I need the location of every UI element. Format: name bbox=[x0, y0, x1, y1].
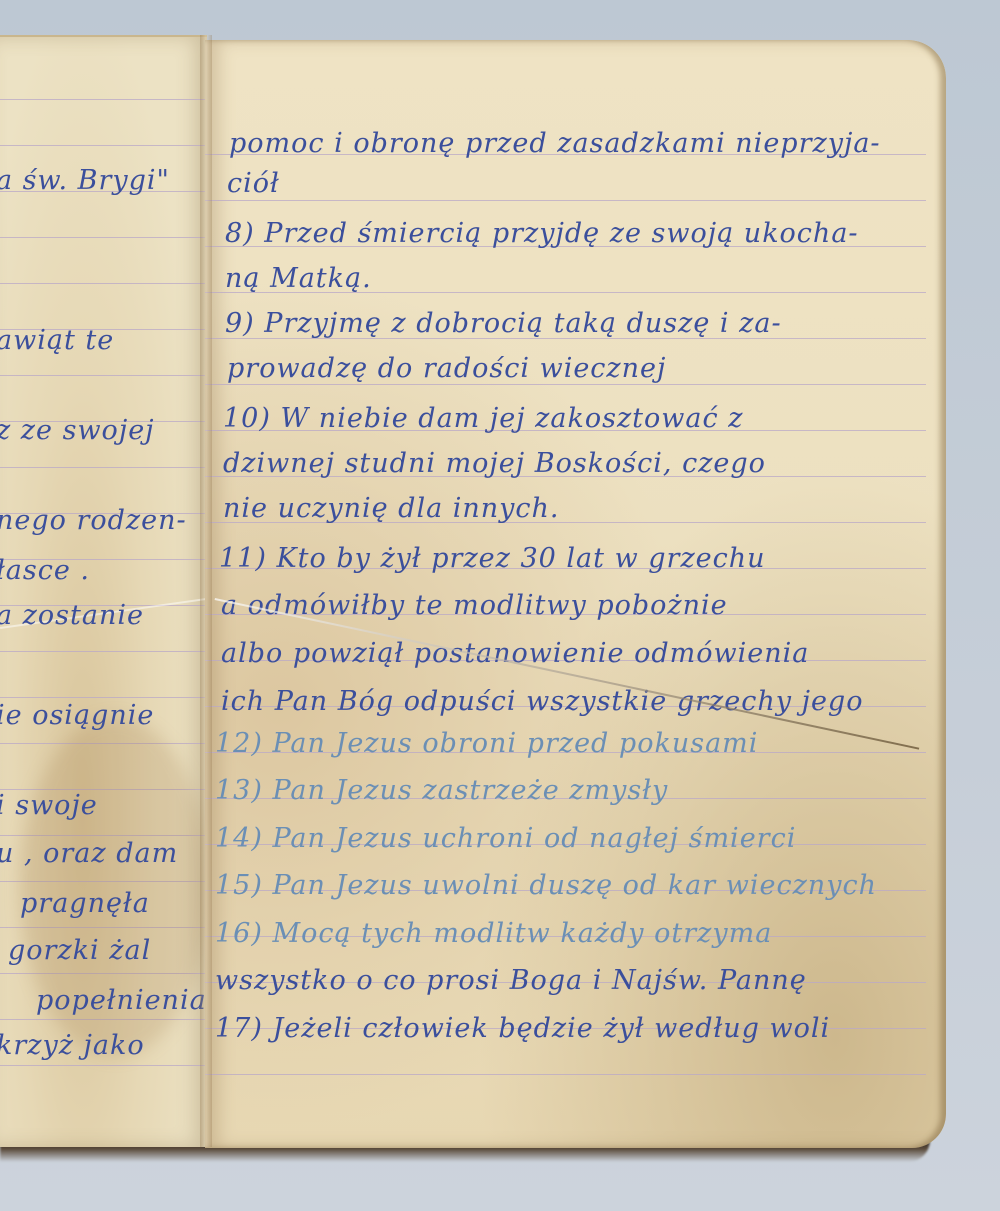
handwritten-line: prowadzę do radości wiecznej bbox=[227, 353, 666, 384]
handwritten-line: dziwnej studni mojej Boskości, czego bbox=[223, 448, 766, 479]
handwritten-line: z ze swojej bbox=[0, 415, 155, 446]
handwritten-line: u , oraz dam bbox=[0, 838, 178, 869]
handwritten-line: krzyż jako bbox=[0, 1030, 145, 1061]
handwritten-line: gorzki żal bbox=[8, 935, 151, 966]
handwritten-line: ie osiągnie bbox=[0, 700, 154, 731]
ruled-line bbox=[205, 1074, 926, 1075]
notebook-spine bbox=[200, 35, 212, 1147]
handwritten-line: 12) Pan Jezus obroni przed pokusami bbox=[215, 728, 758, 759]
ruled-line bbox=[0, 467, 207, 468]
ruled-line bbox=[0, 237, 207, 238]
left-page: a św. Brygi" awiąt te z ze swojej nego r… bbox=[0, 35, 207, 1147]
handwritten-line: pragnęła bbox=[20, 888, 150, 919]
handwritten-line: a św. Brygi" bbox=[0, 165, 170, 196]
handwritten-line: ich Pan Bóg odpuści wszystkie grzechy je… bbox=[221, 686, 863, 717]
ruled-line bbox=[205, 200, 926, 201]
ruled-line bbox=[0, 1065, 207, 1066]
handwritten-line: awiąt te bbox=[0, 325, 114, 356]
handwritten-line: 8) Przed śmiercią przyjdę ze swoją ukoch… bbox=[225, 218, 859, 249]
handwritten-line: 10) W niebie dam jej zakosztować z bbox=[223, 403, 743, 434]
ruled-line bbox=[0, 651, 207, 652]
handwritten-line: 14) Pan Jezus uchroni od nagłej śmierci bbox=[215, 823, 796, 854]
handwritten-line: 13) Pan Jezus zastrzeże zmysły bbox=[215, 775, 668, 806]
handwritten-line: 16) Mocą tych modlitw każdy otrzyma bbox=[215, 918, 772, 949]
handwritten-line: pomoc i obronę przed zasadzkami nieprzyj… bbox=[229, 128, 881, 159]
ruled-line bbox=[0, 145, 207, 146]
handwritten-line: ną Matką. bbox=[225, 263, 372, 294]
ruled-line bbox=[205, 384, 926, 385]
handwritten-line: nie uczynię dla innych. bbox=[223, 493, 560, 524]
right-page: pomoc i obronę przed zasadzkami nieprzyj… bbox=[205, 40, 946, 1148]
handwritten-line: a zostanie bbox=[0, 600, 144, 631]
ruled-line bbox=[0, 99, 207, 100]
handwritten-line: wszystko o co prosi Boga i Najśw. Pannę bbox=[215, 965, 807, 996]
handwritten-line: albo powziął postanowienie odmówienia bbox=[221, 638, 809, 669]
handwritten-line: 15) Pan Jezus uwolni duszę od kar wieczn… bbox=[215, 870, 877, 901]
handwritten-line: ciół bbox=[227, 168, 280, 199]
handwritten-line: i swoje bbox=[0, 790, 98, 821]
handwritten-line: łasce . bbox=[0, 555, 90, 586]
handwritten-line: 11) Kto by żył przez 30 lat w grzechu bbox=[219, 543, 766, 574]
handwritten-line: popełnienia bbox=[36, 985, 207, 1016]
ruled-line bbox=[0, 375, 207, 376]
ruled-line bbox=[0, 697, 207, 698]
ruled-line bbox=[0, 283, 207, 284]
handwritten-line: nego rodzen- bbox=[0, 505, 187, 536]
handwritten-line: 17) Jeżeli człowiek będzie żył według wo… bbox=[215, 1013, 830, 1044]
handwritten-line: 9) Przyjmę z dobrocią taką duszę i za- bbox=[225, 308, 782, 339]
